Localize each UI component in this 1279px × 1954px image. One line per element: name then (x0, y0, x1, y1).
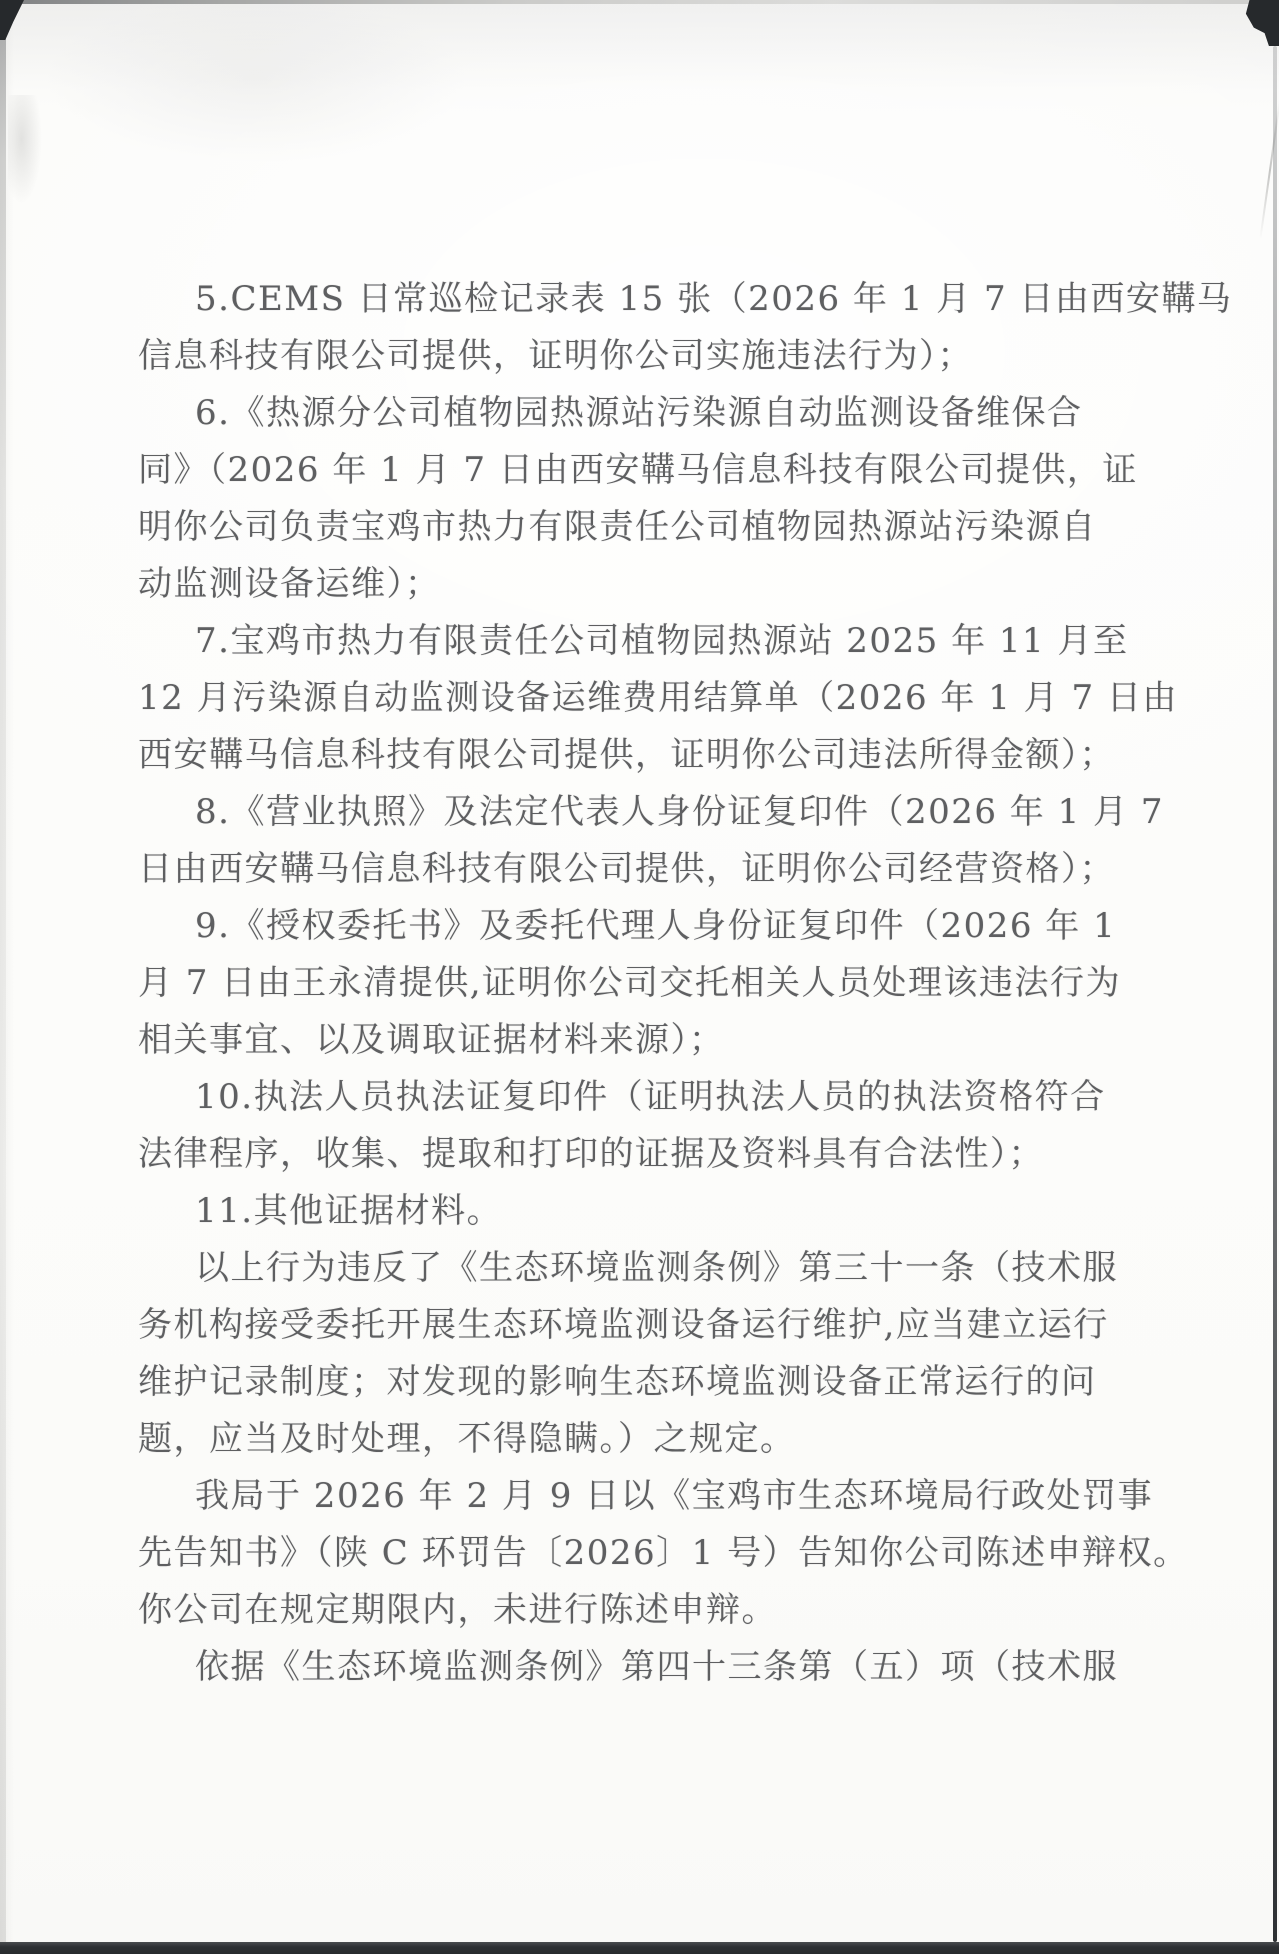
text-line: 11.其他证据材料。 (138, 1183, 1138, 1240)
text-line: 题，应当及时处理，不得隐瞒。）之规定。 (138, 1411, 1138, 1468)
text-line: 6.《热源分公司植物园热源站污染源自动监测设备维保合 (138, 385, 1138, 442)
text-line: 信息科技有限公司提供，证明你公司实施违法行为）； (138, 328, 1138, 385)
scan-edge-right (1273, 46, 1277, 1942)
paper-smudge (8, 95, 42, 205)
document-page: 5.CEMS 日常巡检记录表 15 张（2026 年 1 月 7 日由西安鞲马信… (0, 0, 1279, 1954)
text-line: 相关事宜、以及调取证据材料来源）； (138, 1012, 1138, 1069)
text-line: 同》（2026 年 1 月 7 日由西安鞲马信息科技有限公司提供，证 (138, 442, 1138, 499)
text-line: 明你公司负责宝鸡市热力有限责任公司植物园热源站污染源自 (138, 499, 1138, 556)
text-line: 依据《生态环境监测条例》第四十三条第（五）项（技术服 (138, 1639, 1138, 1696)
text-line: 月 7 日由王永清提供,证明你公司交托相关人员处理该违法行为 (138, 955, 1138, 1012)
text-line: 先告知书》（陕 C 环罚告〔2026〕1 号）告知你公司陈述申辩权。 (138, 1525, 1138, 1582)
text-line: 日由西安鞲马信息科技有限公司提供，证明你公司经营资格）； (138, 841, 1138, 898)
text-line: 8.《营业执照》及法定代表人身份证复印件（2026 年 1 月 7 (138, 784, 1138, 841)
scan-edge-top (0, 0, 1279, 4)
text-line: 5.CEMS 日常巡检记录表 15 张（2026 年 1 月 7 日由西安鞲马 (138, 271, 1138, 328)
text-line: 12 月污染源自动监测设备运维费用结算单（2026 年 1 月 7 日由 (138, 670, 1138, 727)
scan-corner-top-right (1243, 0, 1279, 46)
text-line: 动监测设备运维）； (138, 556, 1138, 613)
text-line: 我局于 2026 年 2 月 9 日以《宝鸡市生态环境局行政处罚事 (138, 1468, 1138, 1525)
text-line: 西安鞲马信息科技有限公司提供，证明你公司违法所得金额）； (138, 727, 1138, 784)
text-line: 维护记录制度；对发现的影响生态环境监测设备正常运行的问 (138, 1354, 1138, 1411)
text-line: 10.执法人员执法证复印件（证明执法人员的执法资格符合 (138, 1069, 1138, 1126)
text-line: 9.《授权委托书》及委托代理人身份证复印件（2026 年 1 (138, 898, 1138, 955)
scan-corner-top-left (0, 0, 24, 40)
text-line: 7.宝鸡市热力有限责任公司植物园热源站 2025 年 11 月至 (138, 613, 1138, 670)
text-line: 务机构接受委托开展生态环境监测设备运行维护,应当建立运行 (138, 1297, 1138, 1354)
document-body: 5.CEMS 日常巡检记录表 15 张（2026 年 1 月 7 日由西安鞲马信… (138, 271, 1138, 1696)
scan-edge-left (0, 4, 6, 1944)
text-line: 你公司在规定期限内，未进行陈述申辩。 (138, 1582, 1138, 1639)
text-line: 以上行为违反了《生态环境监测条例》第三十一条（技术服 (138, 1240, 1138, 1297)
scan-edge-bottom (0, 1942, 1279, 1954)
text-line: 法律程序，收集、提取和打印的证据及资料具有合法性）； (138, 1126, 1138, 1183)
